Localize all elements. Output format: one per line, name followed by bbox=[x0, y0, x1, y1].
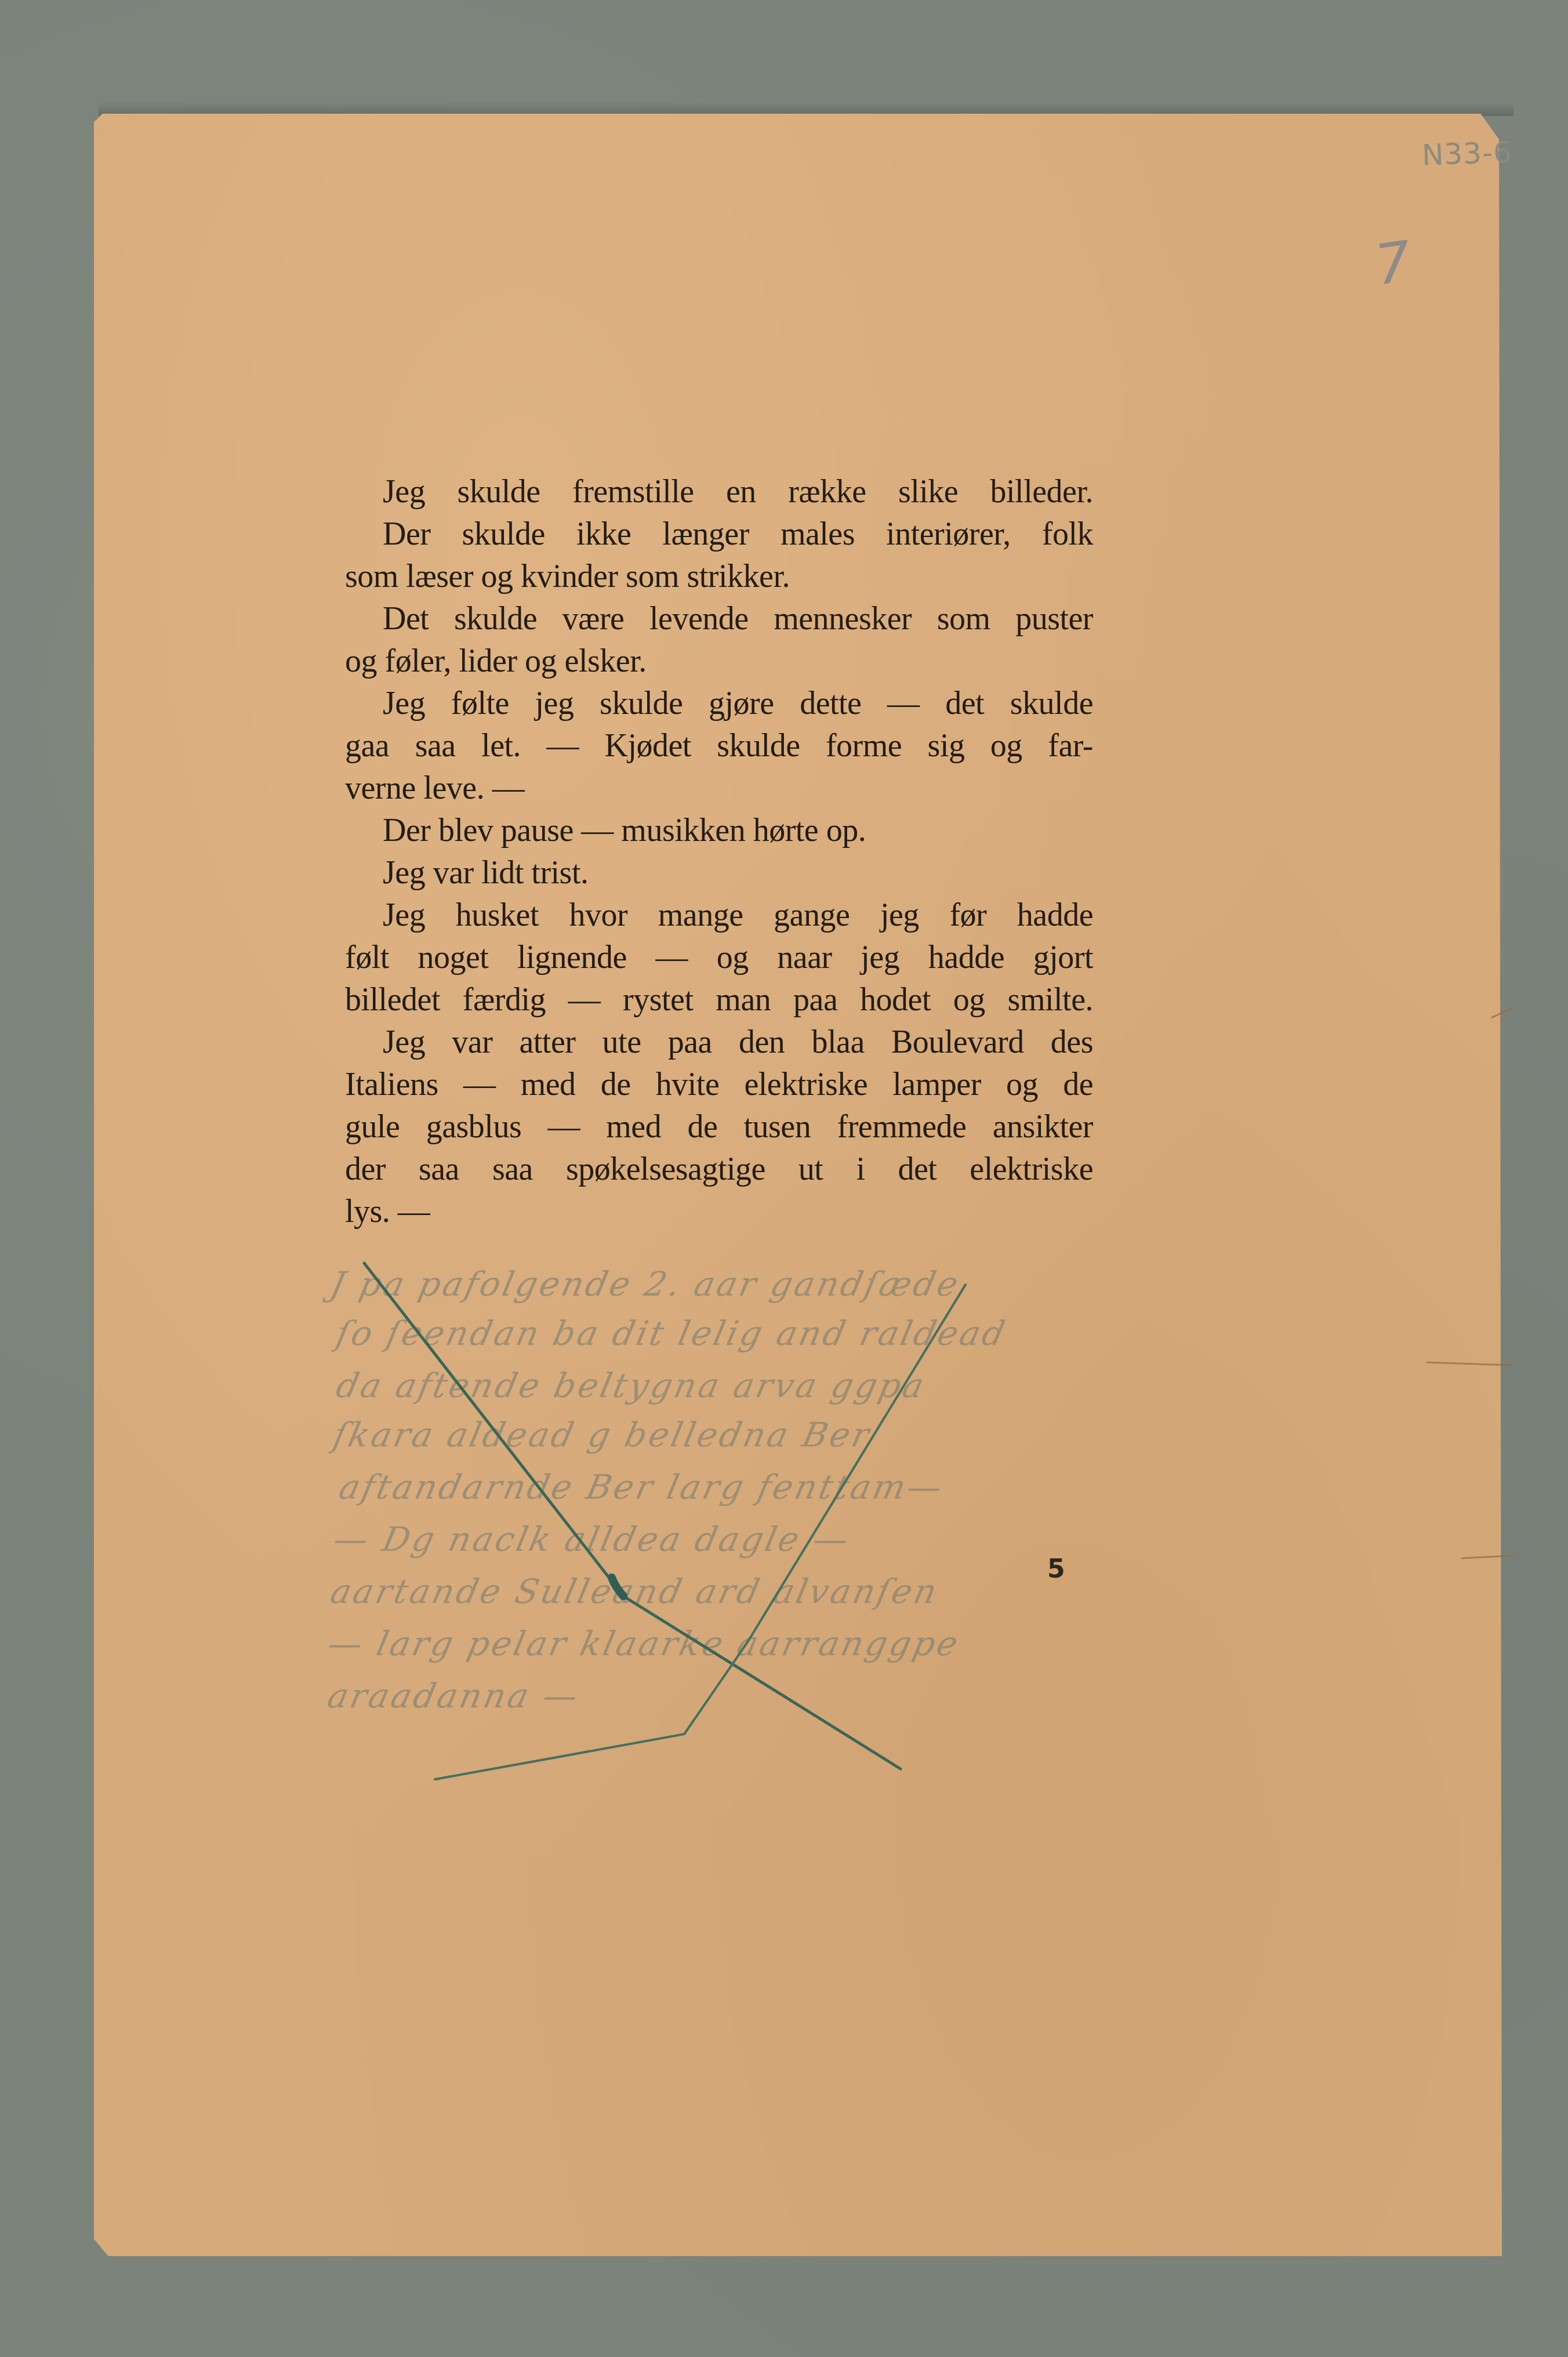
text-line: Der skulde ikke længer males interiører,… bbox=[345, 513, 1093, 556]
text-line: gaa saa let. — Kjødet skulde forme sig o… bbox=[345, 725, 1093, 767]
text-line: og føler, lider og elsker. bbox=[345, 640, 1093, 683]
text-line: Italiens — med de hvite elektriske lampe… bbox=[345, 1064, 1093, 1106]
text-line: Jeg skulde fremstille en række slike bil… bbox=[345, 471, 1093, 513]
text-line: billedet færdig — rystet man paa hodet o… bbox=[345, 979, 1093, 1021]
handwritten-line: aartande Sulleand ard alvanſen bbox=[325, 1572, 942, 1618]
text-line: verne leve. — bbox=[345, 767, 1093, 810]
margin-mark: 5 bbox=[1047, 1554, 1065, 1584]
handwritten-line: — larg pelar klaarke aarranggpe bbox=[322, 1624, 963, 1670]
handwritten-line: araadanna — bbox=[322, 1676, 583, 1723]
text-line: følt noget lignende — og naar jeg hadde … bbox=[345, 937, 1093, 979]
text-line: Det skulde være levende mennesker som pu… bbox=[345, 598, 1093, 640]
text-line: lys. — bbox=[345, 1191, 1093, 1233]
handwritten-line: — Dg naclk alldea dagle — bbox=[328, 1520, 854, 1566]
handwritten-line: ſkara aldead g belledna Ber bbox=[328, 1415, 874, 1462]
text-line: Jeg var atter ute paa den blaa Boulevard… bbox=[345, 1021, 1093, 1064]
text-line: Der blev pause — musikken hørte op. bbox=[345, 810, 1093, 852]
text-line: gule gasblus — med de tusen fremmede ans… bbox=[345, 1106, 1093, 1148]
text-line: Jeg var lidt trist. bbox=[345, 852, 1093, 894]
catalog-number: N33-6 bbox=[1421, 135, 1513, 172]
text-line: Jeg husket hvor mange gange jeg før hadd… bbox=[345, 894, 1093, 937]
handwritten-line: da aftende beltygna arva ggpa bbox=[331, 1366, 930, 1412]
handwritten-notes: J pa pafolgende 2. aar gandſæde ſo ſeend… bbox=[325, 1230, 1195, 1868]
text-line: der saa saa spøkelsesagtige ut i det ele… bbox=[345, 1148, 1093, 1191]
handwritten-line: aftandarnde Ber larg fenttam— bbox=[334, 1467, 948, 1514]
handwritten-line: J pa pafolgende 2. aar gandſæde bbox=[325, 1264, 964, 1311]
text-line: som læser og kvinder som strikker. bbox=[345, 556, 1093, 598]
text-line: Jeg følte jeg skulde gjøre dette — det s… bbox=[345, 683, 1093, 725]
handwritten-line: ſo ſeendan ba dit lelig and raldead bbox=[331, 1314, 1010, 1360]
printed-text-block: Jeg skulde fremstille en række slike bil… bbox=[345, 471, 1093, 1233]
